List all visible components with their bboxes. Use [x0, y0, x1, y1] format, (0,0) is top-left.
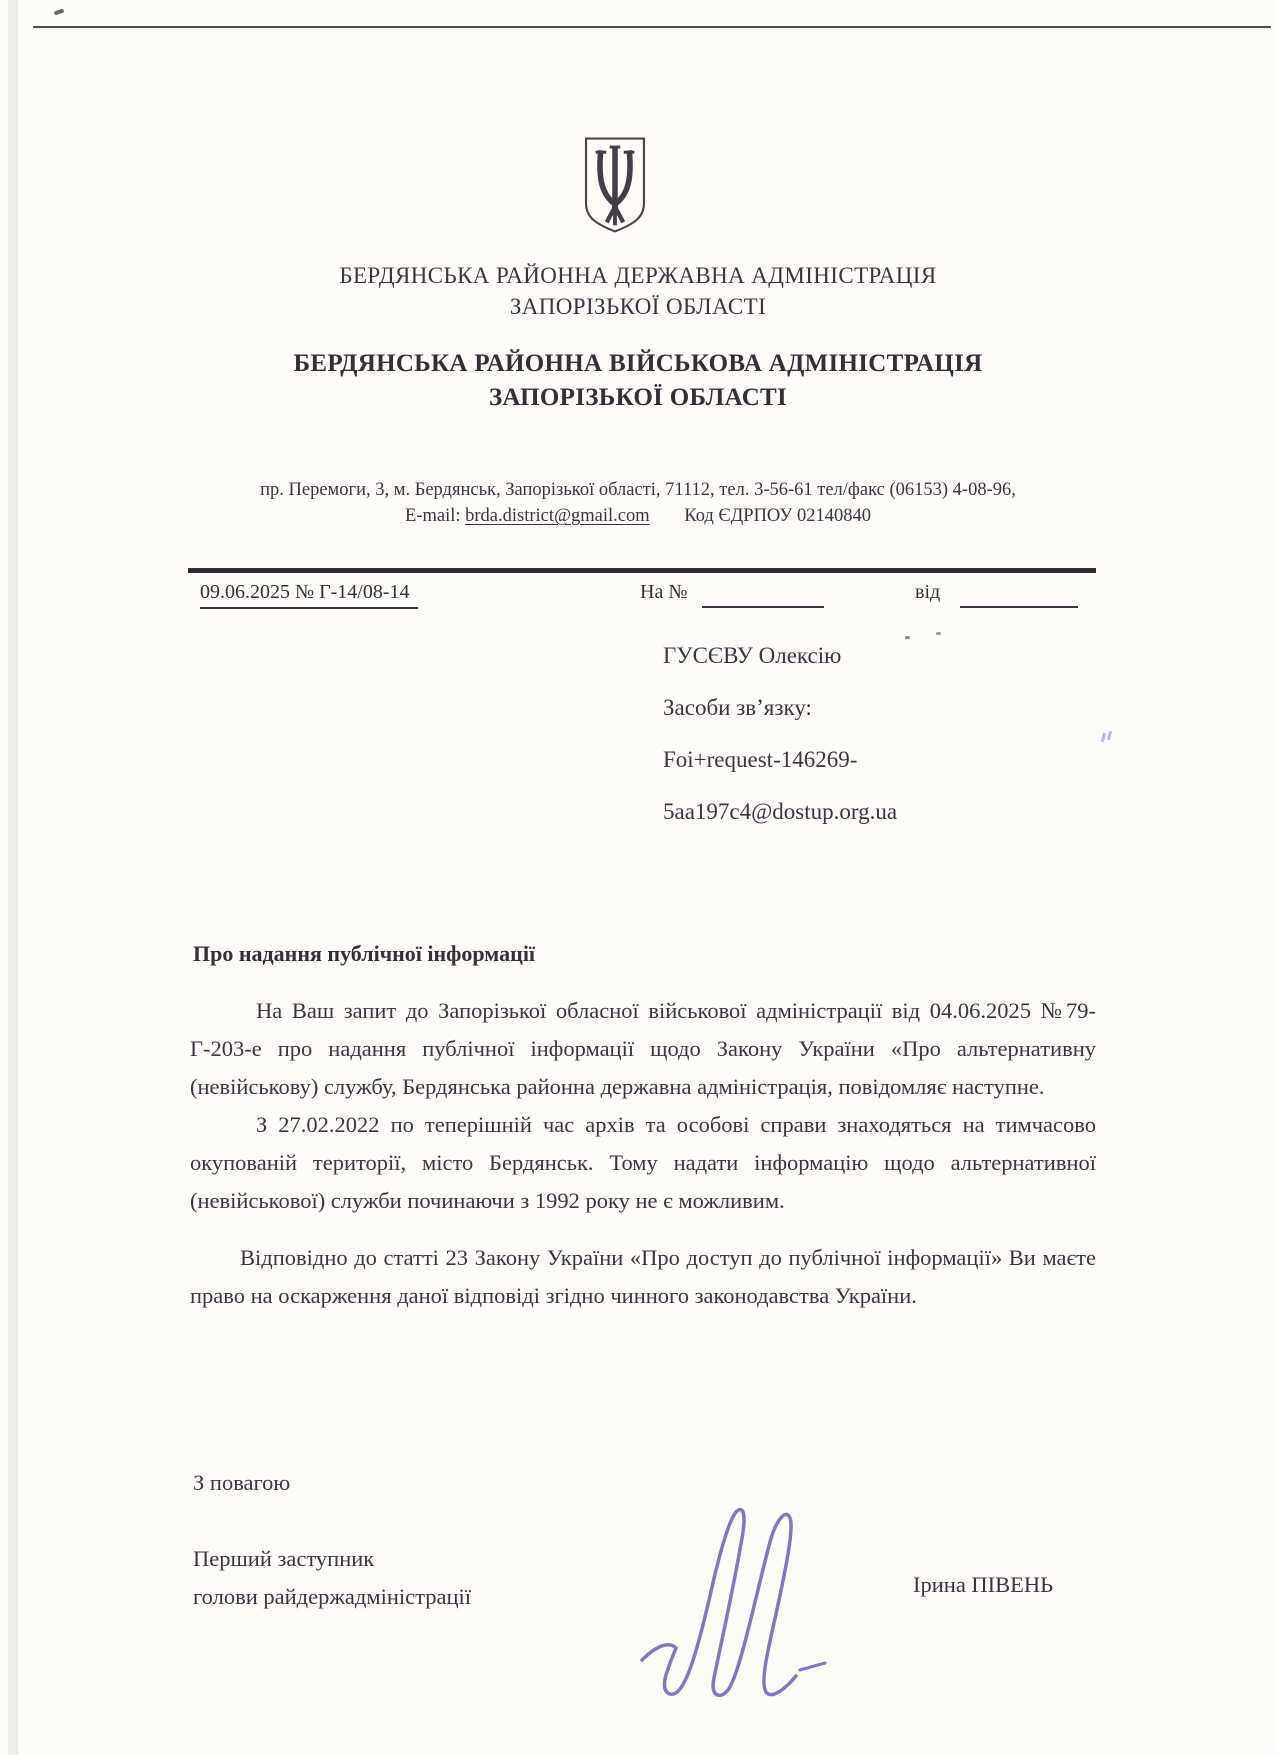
body-paragraph-2: З 27.02.2022 по теперішній час архів та … — [190, 1106, 1096, 1220]
recipient-email-line2: 5aa197c4@dostup.org.ua — [663, 786, 897, 838]
org-name-line2: ЗАПОРІЗЬКОЇ ОБЛАСТІ — [0, 381, 1276, 415]
scan-speck — [1101, 733, 1106, 742]
header-divider-rule — [188, 568, 1096, 573]
recipient-contact-label: Засоби зв’язку: — [663, 682, 897, 734]
handwritten-signature — [628, 1498, 833, 1703]
signer-title-line2: голови райдержадміністрації — [193, 1578, 471, 1616]
incoming-number-blank — [702, 581, 824, 608]
letterhead-address: пр. Перемоги, 3, м. Бердянськ, Запорізьк… — [0, 477, 1276, 503]
incoming-date-blank — [960, 581, 1078, 608]
outgoing-number: 09.06.2025 № Г-14/08-14 — [200, 581, 418, 609]
org-name-line1: БЕРДЯНСЬКА РАЙОННА ВІЙСЬКОВА АДМІНІСТРАЦ… — [0, 347, 1276, 381]
scanned-letter-page: БЕРДЯНСЬКА РАЙОННА ДЕРЖАВНА АДМІНІСТРАЦІ… — [0, 0, 1276, 1755]
scan-speck — [905, 636, 910, 639]
signer-title-line1: Перший заступник — [193, 1540, 471, 1578]
incoming-date-label: від — [915, 581, 940, 604]
letter-body: На Ваш запит до Запорізької обласної вій… — [190, 992, 1096, 1315]
body-paragraph-3: Відповідно до статті 23 Закону України «… — [190, 1239, 1096, 1315]
ukraine-trident-crest-icon — [573, 136, 657, 234]
body-paragraph-1: На Ваш запит до Запорізької обласної вій… — [190, 992, 1096, 1106]
parent-org-name-line1: БЕРДЯНСЬКА РАЙОННА ДЕРЖАВНА АДМІНІСТРАЦІ… — [0, 260, 1276, 291]
signer-title: Перший заступник голови райдержадміністр… — [193, 1540, 471, 1616]
recipient-name: ГУСЄВУ Олексію — [663, 630, 897, 682]
subject-line: Про надання публічної інформації — [193, 941, 535, 967]
scan-artifact-top-line — [33, 26, 1271, 28]
recipient-email-line1: Foi+request-146269- — [663, 734, 897, 786]
org-name: БЕРДЯНСЬКА РАЙОННА ВІЙСЬКОВА АДМІНІСТРАЦ… — [0, 347, 1276, 415]
letterhead-contacts: пр. Перемоги, 3, м. Бердянськ, Запорізьк… — [0, 477, 1276, 529]
letterhead-email-line: E-mail: brda.district@gmail.com Код ЄДРП… — [0, 503, 1276, 529]
parent-org-name: БЕРДЯНСЬКА РАЙОННА ДЕРЖАВНА АДМІНІСТРАЦІ… — [0, 260, 1276, 322]
regards-line: З повагою — [193, 1470, 290, 1496]
parent-org-name-line2: ЗАПОРІЗЬКОЇ ОБЛАСТІ — [0, 291, 1276, 322]
letterhead-email: brda.district@gmail.com — [465, 506, 650, 526]
recipient-block: ГУСЄВУ Олексію Засоби зв’язку: Foi+reque… — [663, 630, 897, 838]
scan-speck — [54, 9, 65, 16]
scan-speck — [1107, 731, 1112, 740]
edrpou-code: Код ЄДРПОУ 02140840 — [684, 506, 871, 526]
email-label: E-mail: — [405, 506, 460, 526]
signer-name: Ірина ПІВЕНЬ — [913, 1572, 1053, 1598]
incoming-number-label: На № — [640, 581, 687, 604]
reference-row: 09.06.2025 № Г-14/08-14 На № від — [188, 581, 1096, 611]
scan-speck — [936, 632, 941, 635]
